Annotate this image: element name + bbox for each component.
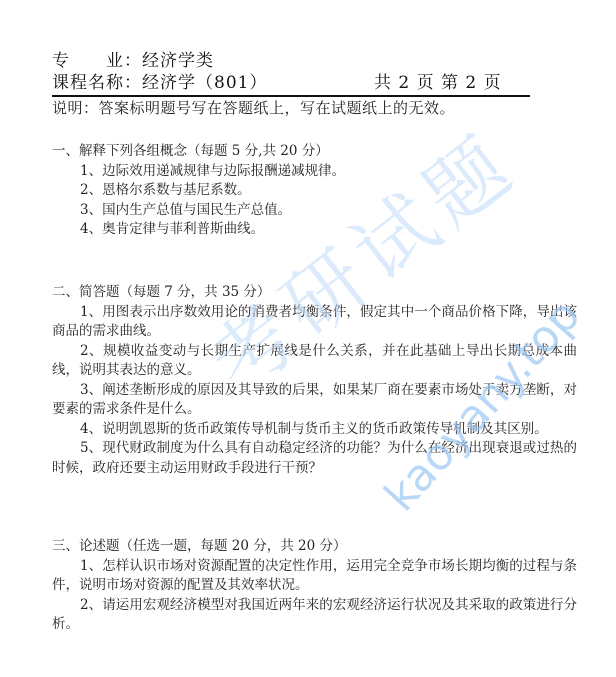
question-item: 3、国内生产总值与国民生产总值。	[52, 201, 577, 221]
question-item: 1、用图表示出序数效用论的消费者均衡条件，假定其中一个商品价格下降，导出该商品的…	[52, 303, 577, 342]
course-label: 课程名称：	[52, 73, 142, 93]
question-item: 1、边际效用递减规律与边际报酬递减规律。	[52, 162, 577, 182]
question-item: 2、恩格尔系数与基尼系数。	[52, 181, 577, 201]
question-item: 3、阐述垄断形成的原因及其导致的后果，如果某厂商在要素市场处于卖方垄断，对要素的…	[52, 381, 577, 420]
course-value: 经济学（801）	[142, 73, 267, 93]
question-item: 2、规模收益变动与长期生产扩展线是什么关系，并在此基础上导出长期总成本曲线，说明…	[52, 342, 577, 381]
question-item: 5、现代财政制度为什么具有自动稳定经济的功能？为什么在经济出现衰退或过热的时候，…	[52, 439, 577, 478]
section-concepts: 一、解释下列各组概念（每题 5 分,共 20 分） 1、边际效用递减规律与边际报…	[52, 142, 577, 240]
section-short-answer: 二、简答题（每题 7 分，共 35 分） 1、用图表示出序数效用论的消费者均衡条…	[52, 283, 577, 478]
section-title: 一、解释下列各组概念（每题 5 分,共 20 分）	[52, 142, 577, 162]
question-item: 4、说明凯恩斯的货币政策传导机制与货币主义的货币政策传导机制及其区别。	[52, 420, 577, 440]
question-item: 1、怎样认识市场对资源配置的决定性作用，运用完全竞争市场长期均衡的过程与条件，说…	[52, 557, 577, 596]
instructions-note: 说明：答案标明题号写在答题纸上，写在试题纸上的无效。	[52, 97, 455, 118]
section-essay: 三、论述题（任选一题，每题 20 分，共 20 分） 1、怎样认识市场对资源配置…	[52, 537, 577, 635]
question-item: 2、请运用宏观经济模型对我国近两年来的宏观经济运行状况及其采取的政策进行分析。	[52, 596, 577, 635]
course-line: 课程名称：经济学（801） 共 2 页 第 2 页	[52, 68, 532, 93]
exam-page: 专 业：经济学类 课程名称：经济学（801） 共 2 页 第 2 页 说明：答案…	[0, 0, 616, 677]
question-item: 4、奥肯定律与菲利普斯曲线。	[52, 220, 577, 240]
section-title: 二、简答题（每题 7 分，共 35 分）	[52, 283, 577, 303]
page-count: 共 2 页 第 2 页	[374, 68, 502, 93]
section-title: 三、论述题（任选一题，每题 20 分，共 20 分）	[52, 537, 577, 557]
